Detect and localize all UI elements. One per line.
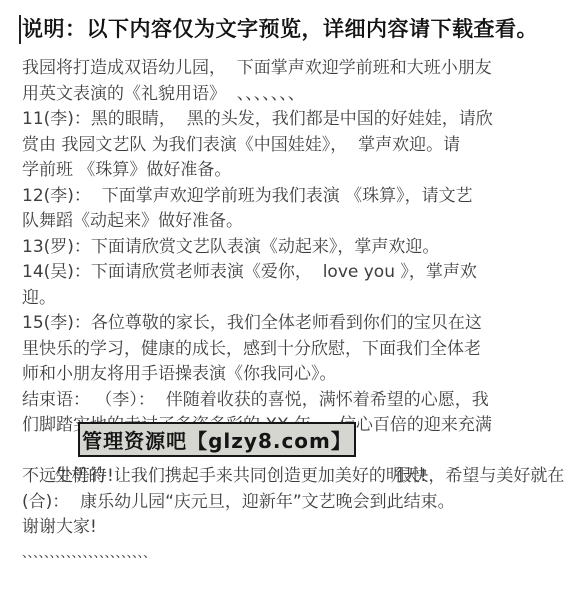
- doc-line: 师和小朋友将用手语操表演《你我同心》。: [22, 362, 570, 388]
- doc-line: 14(吴)：下面请欣赏老师表演《爱你， love you 》，掌声欢: [22, 260, 570, 286]
- doc-line: 赏由 我园文艺队 为我们表演《中国娃娃》， 掌声欢迎。请: [22, 133, 570, 159]
- doc-line: 里快乐的学习，健康的成长，感到十分欣慰，下面我们全体老: [22, 337, 570, 363]
- doc-line: 13(罗)：下面请欣赏文艺队表演《动起来》，掌声欢迎。: [22, 235, 570, 261]
- document-preview-page: 说明：以下内容仅为文字预览，详细内容请下载查看。 我园将打造成双语幼儿园， 下面…: [0, 0, 578, 600]
- doc-line: 11(李)：黑的眼睛， 黑的头发，我们都是中国的好娃娃，请欣: [22, 107, 570, 133]
- document-body: 我园将打造成双语幼儿园， 下面掌声欢迎学前班和大班小朋友 用英文表演的《礼貌用语…: [22, 56, 570, 566]
- doc-line: 我园将打造成双语幼儿园， 下面掌声欢迎学前班和大班小朋友: [22, 56, 570, 82]
- doc-line: 队舞蹈《动起来》做好准备。: [22, 209, 570, 235]
- doc-line: 结束语： （李）： 伴随着收获的喜悦，满怀着希望的心愿，我: [22, 388, 570, 414]
- doc-line: 谢谢大家!: [22, 515, 570, 541]
- watermark-badge: 管理资源吧【glzy8.com】: [78, 422, 356, 457]
- doc-line: 15(李)：各位尊敬的家长，我们全体老师看到你们的宝贝在这: [22, 311, 570, 337]
- doc-divider-dots: 、、、、、、、、、、、、、、、、、、、、、、、: [22, 541, 570, 567]
- text-cursor: [19, 15, 21, 44]
- doc-line: 12(李)： 下面掌声欢迎学前班为我们表演 《珠算》，请文艺: [22, 184, 570, 210]
- doc-line: 用英文表演的《礼貌用语》 、、、、、、、: [22, 82, 570, 108]
- doc-line: 学前班 《珠算》做好准备。: [22, 158, 570, 184]
- doc-line: (合)： 康乐幼儿园“庆元旦，迎新年”文艺晚会到此结束。: [22, 490, 570, 516]
- doc-line: 迎。: [22, 286, 570, 312]
- preview-notice: 说明：以下内容仅为文字预览，详细内容请下载查看。: [22, 13, 562, 43]
